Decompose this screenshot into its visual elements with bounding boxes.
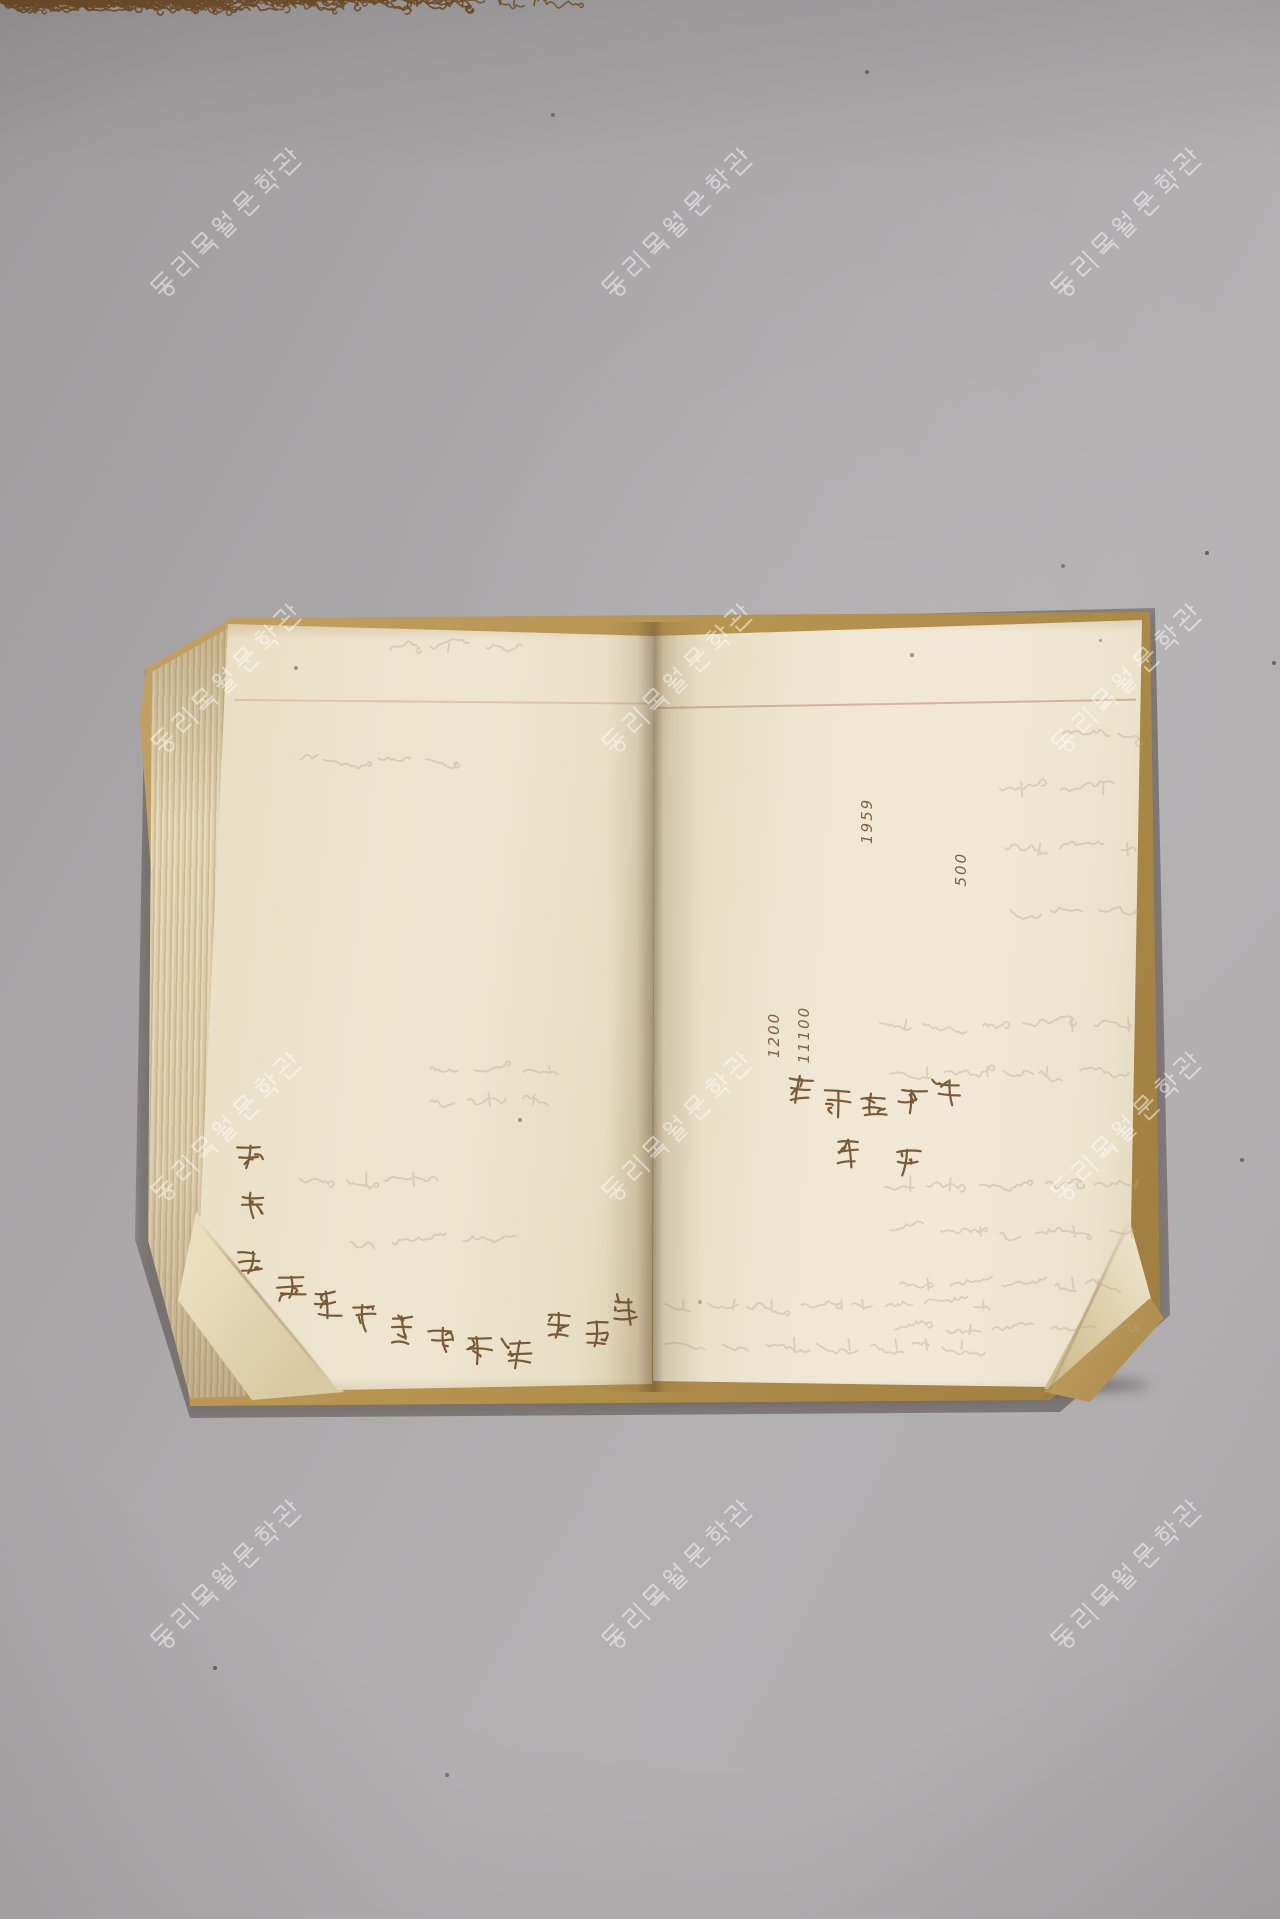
watermark-text: [599, 602, 756, 759]
watermark-text: [148, 146, 305, 303]
watermark-layer: [0, 0, 1280, 1919]
watermark-text: [1048, 146, 1205, 303]
watermark-text: [1048, 1498, 1205, 1655]
photo-of-notebook: 1200111005001959: [0, 0, 1280, 1919]
watermark-text: [1048, 1050, 1205, 1207]
watermark-text: [1048, 602, 1205, 759]
watermark-text: [148, 1498, 305, 1655]
watermark-text: [148, 602, 305, 759]
watermark-text: [148, 1050, 305, 1207]
watermark-text: [599, 146, 756, 303]
watermark-text: [599, 1498, 756, 1655]
watermark-text: [599, 1050, 756, 1207]
